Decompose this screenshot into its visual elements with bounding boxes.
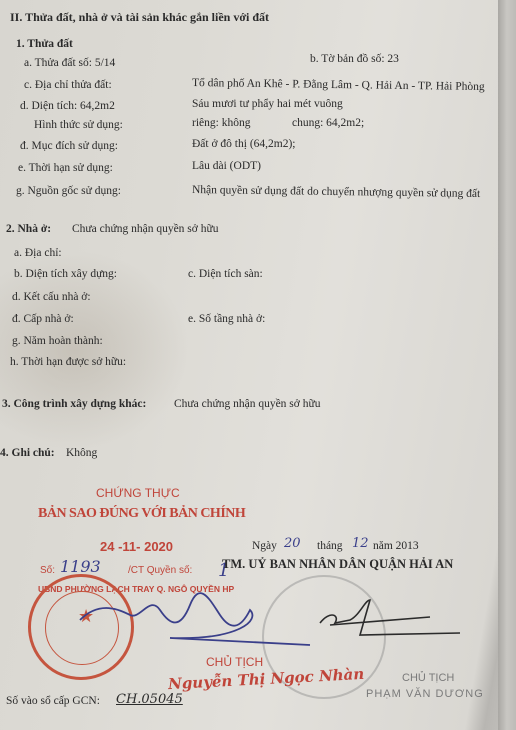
notes-value: Không (66, 447, 97, 459)
usage-form-label: Hình thức sử dụng: (34, 119, 123, 131)
house-grade: đ. Cấp nhà ở: (12, 313, 74, 325)
certification-number-label: Số: (40, 565, 55, 576)
page-edge (498, 0, 516, 730)
issue-year: năm 2013 (373, 540, 419, 552)
origin-label: g. Nguồn gốc sử dụng: (16, 185, 121, 197)
certificate-page: II. Thửa đất, nhà ở và tài sản khác gắn … (0, 0, 516, 730)
certification-subtitle: BẢN SAO ĐÚNG VỚI BẢN CHÍNH (38, 506, 245, 522)
house-heading: 2. Nhà ở: (6, 223, 51, 235)
purpose-value: Đất ở đô thị (64,2m2); (192, 138, 296, 150)
photo-shadow (0, 250, 190, 450)
issue-month-label: tháng (317, 540, 343, 552)
term-value: Lâu dài (ODT) (192, 160, 261, 172)
house-structure: d. Kết cấu nhà ở: (12, 291, 91, 303)
parcel-number: a. Thửa đất số: 5/14 (24, 57, 115, 69)
registry-label: Số vào sổ cấp GCN: (6, 695, 100, 707)
other-works-status: Chưa chứng nhận quyền sở hữu (174, 398, 320, 410)
address-value: Tổ dân phố An Khê - P. Đằng Lâm - Q. Hải… (192, 77, 485, 93)
issue-day: 20 (284, 536, 301, 551)
house-year-built: g. Năm hoàn thành: (12, 335, 103, 347)
certification-book-label: /CT Quyền số: (128, 565, 192, 576)
purpose-label: đ. Mục đích sử dụng: (20, 140, 118, 152)
map-sheet-number: b. Tờ bản đồ số: 23 (310, 53, 399, 65)
issue-date-prefix: Ngày (252, 540, 277, 552)
house-build-area: b. Diện tích xây dựng: (14, 268, 117, 280)
section-title: II. Thửa đất, nhà ở và tài sản khác gắn … (10, 10, 269, 25)
certification-title: CHỨNG THỰC (96, 486, 180, 500)
issue-month: 12 (352, 536, 369, 551)
chairman-signature (310, 595, 470, 645)
other-works-heading: 3. Công trình xây dựng khác: (2, 398, 146, 410)
origin-value: Nhận quyền sử dụng đất do chuyển nhượng … (192, 184, 480, 200)
house-address: a. Địa chỉ: (14, 247, 62, 259)
land-heading: 1. Thửa đất (16, 38, 73, 50)
registry-number: CH.05045 (116, 692, 183, 707)
certification-date: 24 -11- 2020 (100, 539, 173, 554)
chairman-name: PHẠM VĂN DƯƠNG (366, 688, 484, 700)
house-floor-area: c. Diện tích sàn: (188, 268, 263, 280)
house-status: Chưa chứng nhận quyền sở hữu (72, 223, 218, 235)
certifier-signature (60, 590, 320, 650)
area-in-words: Sáu mươi tư phẩy hai mét vuông (192, 98, 343, 110)
house-floors: e. Số tầng nhà ở: (188, 313, 265, 325)
usage-private: riêng: không (192, 117, 250, 129)
notes-heading: 4. Ghi chú: (0, 447, 55, 459)
address-label: c. Địa chỉ thửa đất: (24, 79, 112, 91)
house-ownership-term: h. Thời hạn được sở hữu: (10, 356, 126, 368)
term-label: e. Thời hạn sử dụng: (18, 162, 113, 174)
chairman-title: CHỦ TỊCH (402, 672, 454, 684)
certifier-title: CHỦ TỊCH (206, 655, 263, 669)
issuing-authority: TM. UỶ BAN NHÂN DÂN QUẬN HẢI AN (222, 557, 453, 572)
area-label: d. Diện tích: 64,2m2 (20, 100, 115, 112)
usage-shared: chung: 64,2m2; (292, 117, 364, 129)
